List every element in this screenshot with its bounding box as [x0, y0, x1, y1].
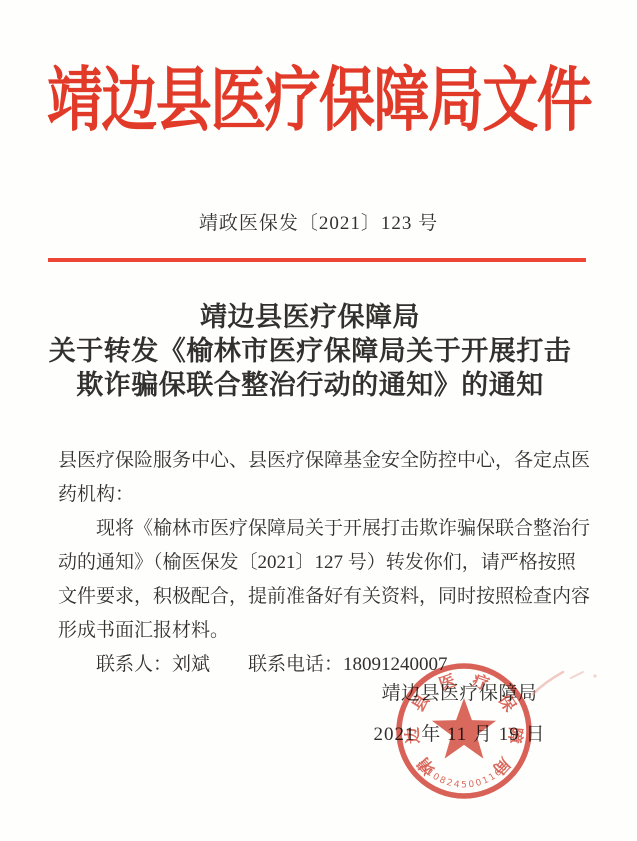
red-header-title: 靖边县医疗保障局文件 — [0, 44, 637, 144]
svg-text:2: 2 — [445, 778, 453, 789]
title-line: 欺诈骗保联合整治行动的通知》的通知 — [30, 368, 590, 402]
official-seal: 靖边县医疗保障局6108245001168 — [389, 656, 539, 806]
document-title: 靖边县医疗保障局 关于转发《榆林市医疗保障局关于开展打击 欺诈骗保联合整治行动的… — [30, 300, 590, 402]
svg-text:障: 障 — [505, 726, 526, 745]
body-line: 药机构： — [58, 478, 588, 512]
doc-number: 靖政医保发〔2021〕123 号 — [0, 208, 637, 235]
title-line: 靖边县医疗保障局 — [30, 300, 590, 334]
body-line: 形成书面汇报材料。 — [58, 614, 588, 648]
document-page: 靖边县医疗保障局文件 靖政医保发〔2021〕123 号 靖边县医疗保障局 关于转… — [0, 0, 637, 841]
body-line: 动的通知》（榆医保发〔2021〕127 号）转发你们，请严格按照 — [58, 546, 588, 580]
red-divider-line — [48, 258, 586, 262]
svg-text:边: 边 — [402, 726, 422, 745]
svg-text:5: 5 — [461, 781, 467, 791]
body-line: 县医疗保险服务中心、县医疗保障基金安全防控中心，各定点医 — [58, 444, 588, 478]
body-text: 县医疗保险服务中心、县医疗保障基金安全防控中心，各定点医 药机构： 现将《榆林市… — [58, 444, 588, 682]
svg-text:4: 4 — [453, 780, 460, 791]
svg-text:医: 医 — [436, 670, 458, 693]
stray-ink-mark — [525, 652, 635, 712]
seal-star-icon — [432, 698, 496, 759]
title-line: 关于转发《榆林市医疗保障局关于开展打击 — [30, 334, 590, 368]
body-line: 文件要求，积极配合，提前准备好有关资料，同时按照检查内容 — [58, 580, 588, 614]
red-header-title-text: 靖边县医疗保障局文件 — [47, 44, 591, 145]
body-line: 现将《榆林市医疗保障局关于开展打击欺诈骗保联合整治行 — [58, 512, 588, 546]
